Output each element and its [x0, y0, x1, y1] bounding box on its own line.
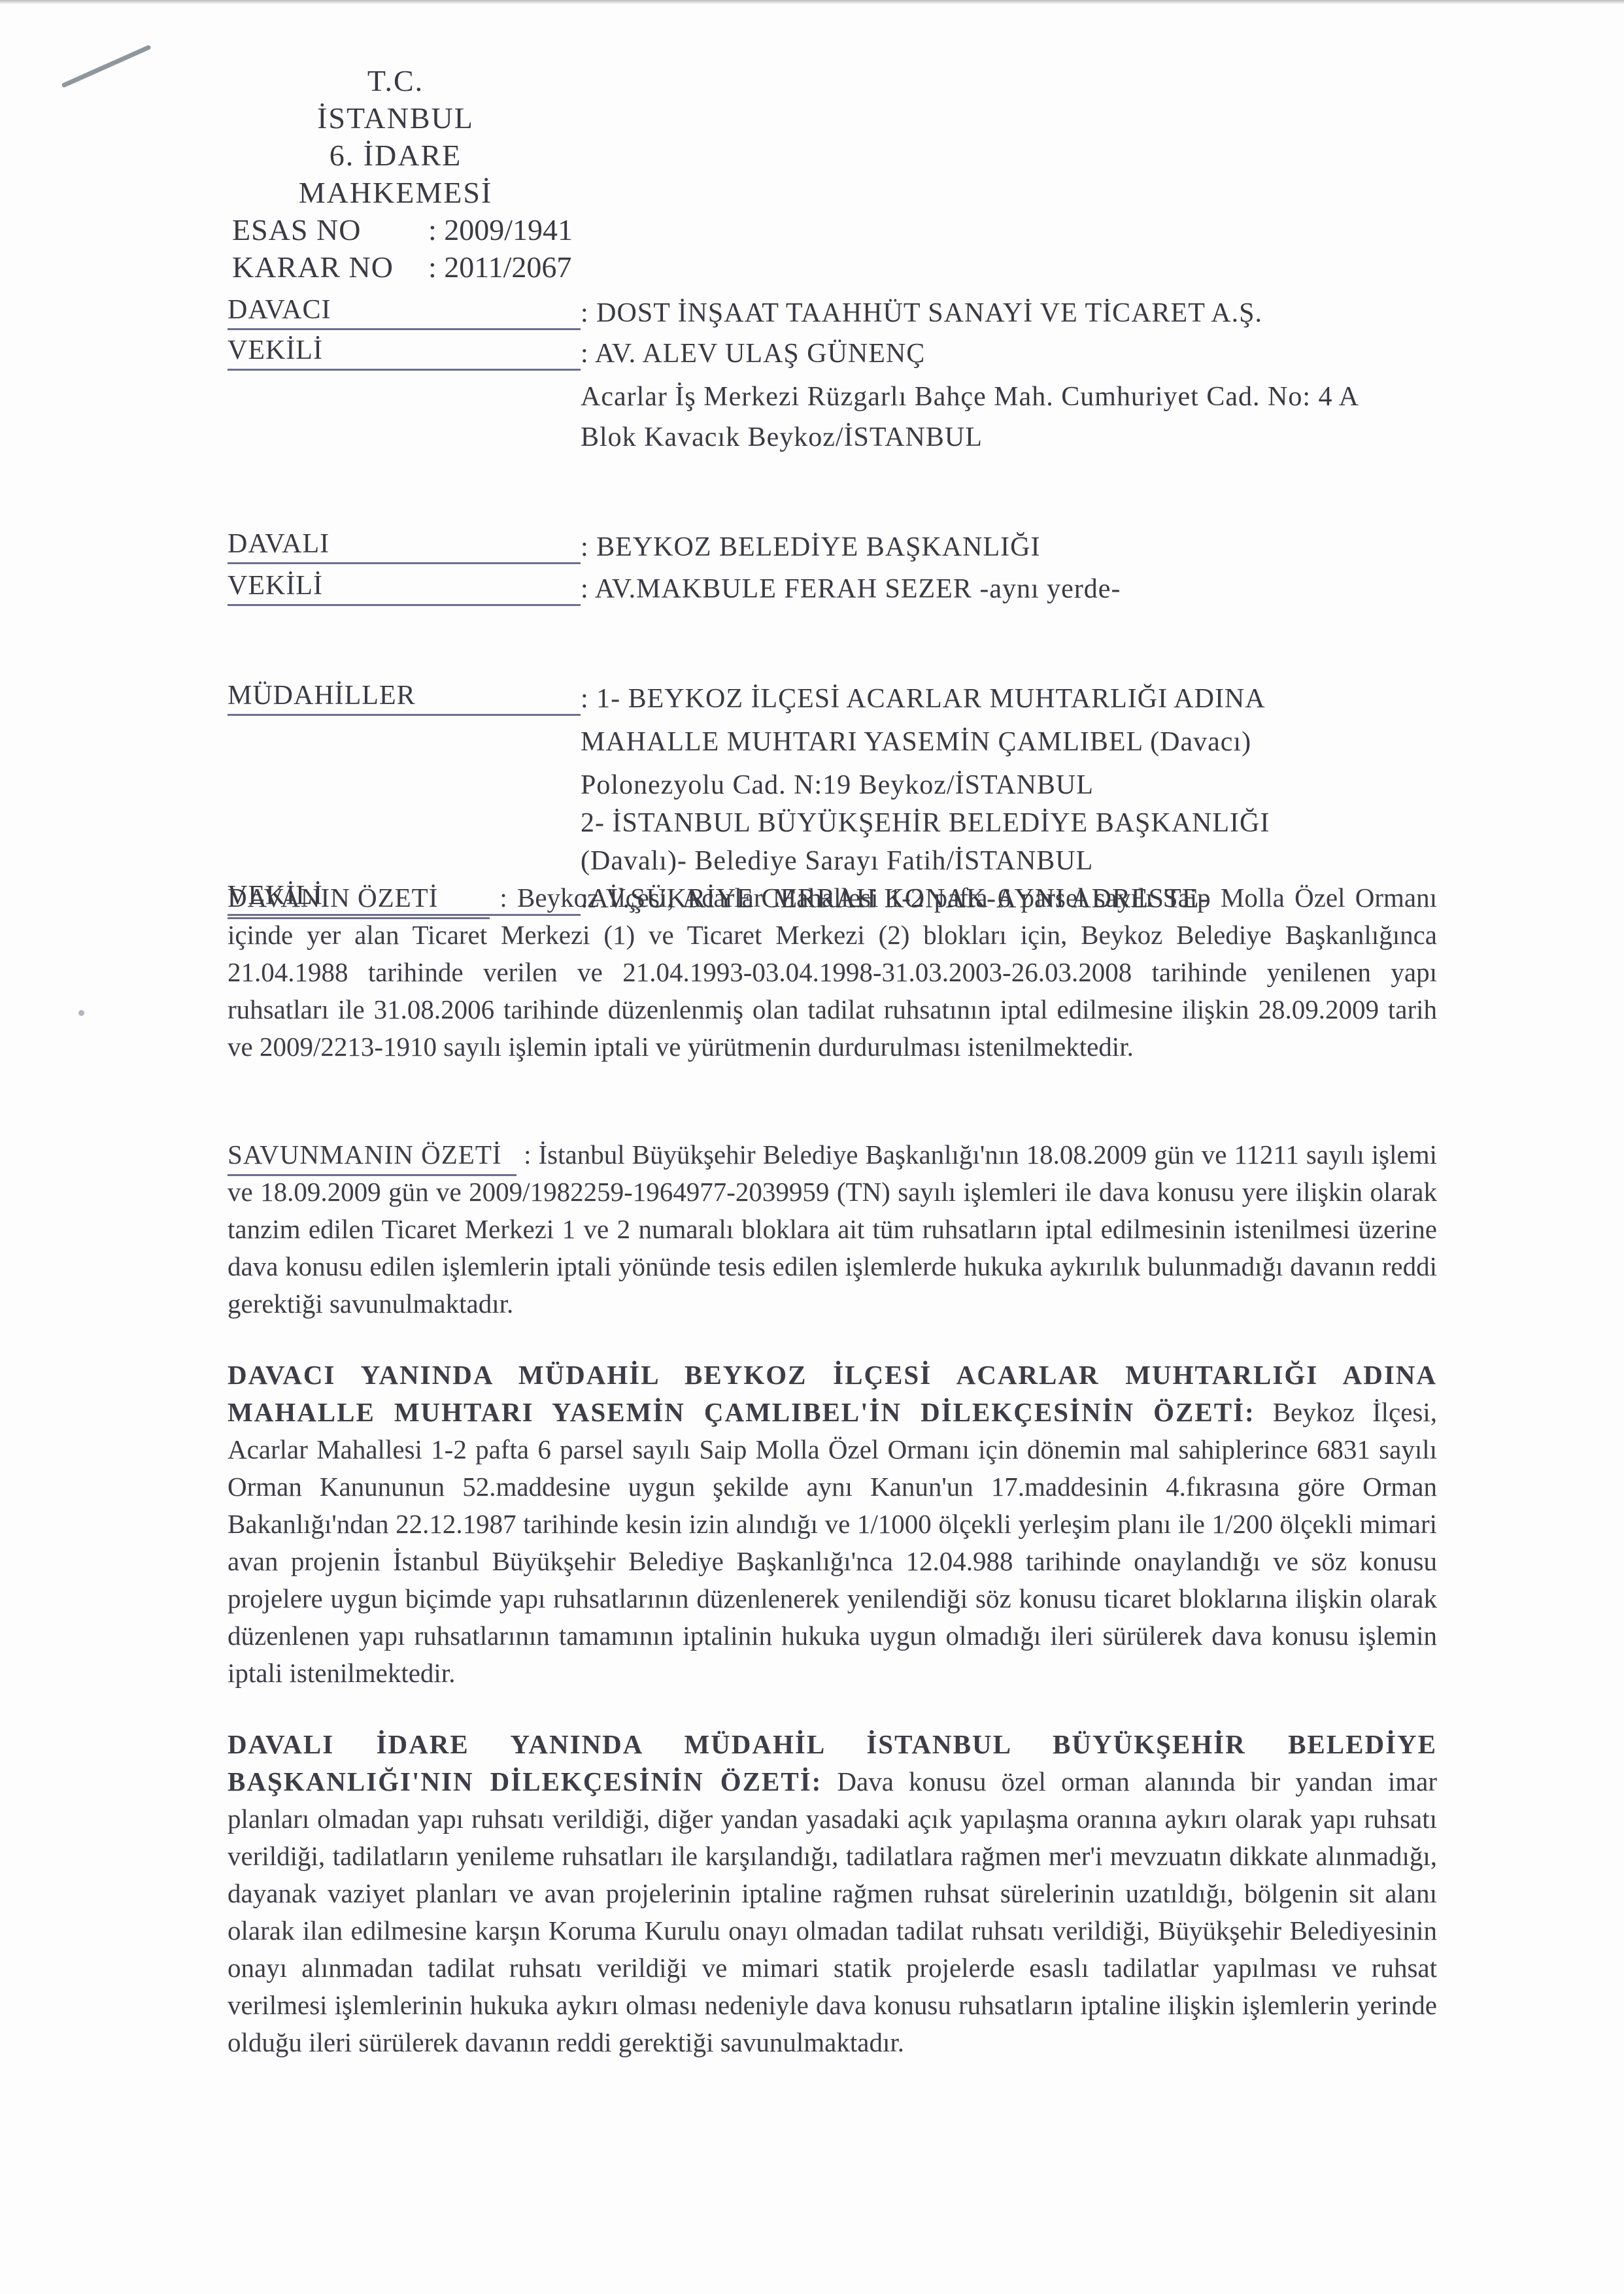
section-savunmanin-ozeti: SAVUNMANIN ÖZETİ : İstanbul Büyükşehir B…: [228, 1136, 1437, 1323]
party-label: VEKİLİ: [228, 335, 581, 366]
esas-no-label: ESAS NO: [232, 211, 428, 248]
court-header: T.C. İSTANBUL 6. İDARE MAHKEMESİ ESAS NO…: [232, 62, 690, 286]
party-value: : AV. ALEV ULAŞ GÜNENÇ Acarlar İş Merkez…: [581, 335, 1437, 456]
section-davali-mudahil-ozeti: DAVALI İDARE YANINDA MÜDAHİL İSTANBUL BÜ…: [228, 1726, 1437, 2061]
pen-mark: [61, 44, 152, 88]
party-davaci-vekili: VEKİLİ : AV. ALEV ULAŞ GÜNENÇ Acarlar İş…: [228, 335, 1437, 456]
karar-no-label: KARAR NO: [232, 248, 428, 286]
margin-dot: [78, 1010, 84, 1016]
court-tc: T.C.: [232, 62, 559, 99]
scanned-document-page: T.C. İSTANBUL 6. İDARE MAHKEMESİ ESAS NO…: [0, 0, 1624, 2294]
party-mudahiller: MÜDAHİLLER : 1- BEYKOZ İLÇESİ ACARLAR MU…: [228, 680, 1437, 880]
party-value: : AV.MAKBULE FERAH SEZER -aynı yerde-: [581, 570, 1437, 608]
section-text: Dava konusu özel orman alanında bir yand…: [228, 1766, 1437, 2057]
party-label: DAVACI: [228, 294, 581, 326]
party-value: : 1- BEYKOZ İLÇESİ ACARLAR MUHTARLIĞI AD…: [581, 680, 1437, 880]
party-label: VEKİLİ: [228, 570, 581, 601]
party-davaci: DAVACI : DOST İNŞAAT TAAHHÜT SANAYİ VE T…: [228, 294, 1437, 332]
section-heading: SAVUNMANIN ÖZETİ: [228, 1136, 516, 1173]
party-value: : BEYKOZ BELEDİYE BAŞKANLIĞI: [581, 528, 1437, 566]
court-city: İSTANBUL: [232, 99, 559, 137]
esas-no: ESAS NO : 2009/1941: [232, 211, 690, 248]
court-name: 6. İDARE MAHKEMESİ: [232, 137, 559, 211]
section-davanin-ozeti: DAVANIN ÖZETİ : Beykoz İlçesi, Acarlar M…: [228, 879, 1437, 1066]
party-davali-vekili: VEKİLİ : AV.MAKBULE FERAH SEZER -aynı ye…: [228, 570, 1437, 608]
section-heading: DAVANIN ÖZETİ: [228, 879, 490, 917]
scan-edge: [0, 0, 1624, 4]
karar-no-value: : 2011/2067: [428, 248, 571, 286]
karar-no: KARAR NO : 2011/2067: [232, 248, 690, 286]
party-label: MÜDAHİLLER: [228, 680, 581, 711]
esas-no-value: : 2009/1941: [428, 211, 573, 248]
section-davaci-mudahil-ozeti: DAVACI YANINDA MÜDAHİL BEYKOZ İLÇESİ ACA…: [228, 1357, 1437, 1692]
section-text: Beykoz İlçesi, Acarlar Mahallesi 1-2 paf…: [228, 1397, 1437, 1688]
party-value: : DOST İNŞAAT TAAHHÜT SANAYİ VE TİCARET …: [581, 294, 1437, 332]
party-davali: DAVALI : BEYKOZ BELEDİYE BAŞKANLIĞI: [228, 528, 1437, 566]
parties-block: DAVACI : DOST İNŞAAT TAAHHÜT SANAYİ VE T…: [228, 294, 1437, 918]
party-label: DAVALI: [228, 528, 581, 560]
